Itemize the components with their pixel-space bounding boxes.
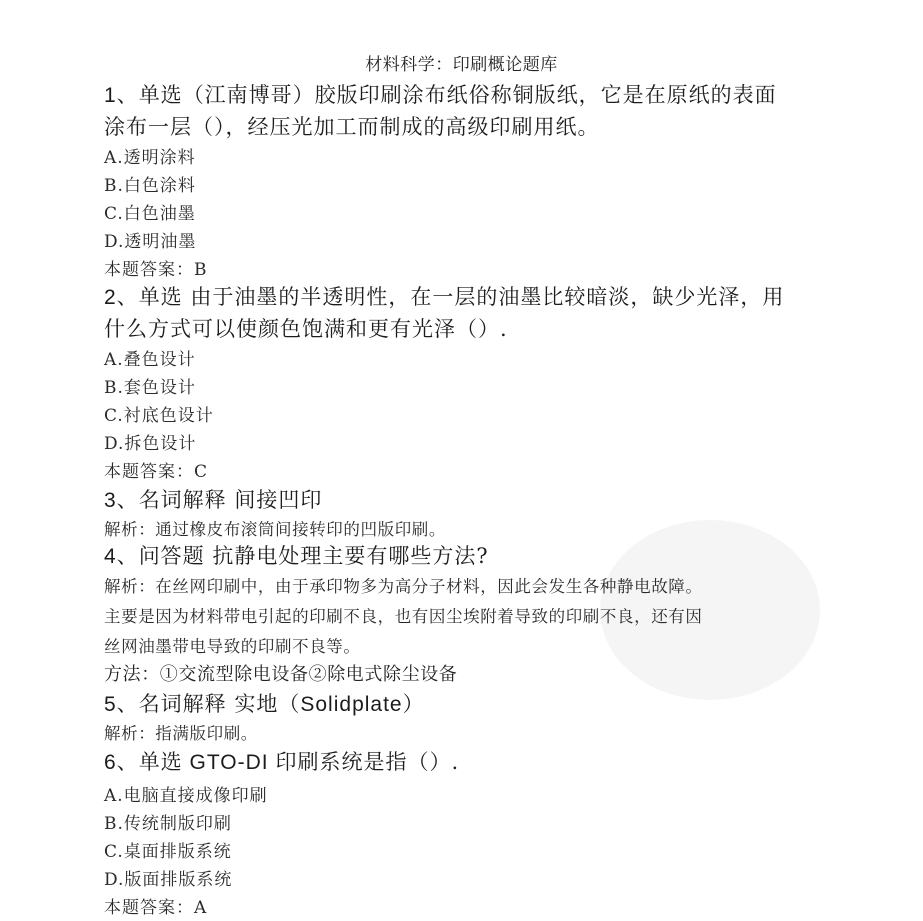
question-type: 问答题 <box>139 544 205 568</box>
question-1-option-b: B.白色涂料 <box>104 171 196 196</box>
document-title: 材料科学：印刷概论题库 <box>0 50 923 75</box>
question-type: 名词解释 <box>139 488 227 512</box>
document-page: 材料科学：印刷概论题库 1、单选（江南博哥）胶版印刷涂布纸俗称铜版纸，它是在原纸… <box>0 0 923 921</box>
answer-value: C <box>194 462 208 482</box>
answer-value: A <box>194 898 207 918</box>
question-1-option-c: C.白色油墨 <box>104 199 196 224</box>
question-5-analysis: 解析：指满版印刷。 <box>104 720 258 744</box>
question-type: 单选 <box>139 83 183 107</box>
question-number: 6、 <box>104 751 139 774</box>
question-1-answer: 本题答案：B <box>104 255 208 280</box>
question-2-option-a: A.叠色设计 <box>104 345 196 370</box>
question-4-analysis-line3: 丝网油墨带电导致的印刷不良等。 <box>104 633 361 657</box>
question-4-method: 方法：①交流型除电设备②除电式除尘设备 <box>104 660 457 686</box>
question-2-option-c: C.衬底色设计 <box>104 401 214 426</box>
question-2-stem-line1: 2、单选 由于油墨的半透明性，在一层的油墨比较暗淡，缺少光泽，用 <box>104 281 784 311</box>
question-2-answer: 本题答案：C <box>104 457 208 482</box>
question-type: 名词解释 <box>139 692 227 716</box>
question-term-latin: Solidplate <box>300 693 402 716</box>
question-text: 抗静电处理主要有哪些方法? <box>205 544 489 568</box>
answer-value: B <box>194 260 208 280</box>
question-type: 单选 <box>139 750 183 774</box>
question-6-option-d: D.版面排版系统 <box>104 865 232 890</box>
question-number: 2、 <box>104 286 139 309</box>
question-3-stem: 3、名词解释 间接凹印 <box>104 484 322 514</box>
question-number: 5、 <box>104 693 139 716</box>
question-4-analysis-line1: 解析：在丝网印刷中，由于承印物多为高分子材料，因此会发生各种静电故障。 <box>104 573 703 597</box>
question-number: 3、 <box>104 489 139 512</box>
answer-label: 本题答案： <box>104 898 194 918</box>
question-3-analysis: 解析：通过橡皮布滚筒间接转印的凹版印刷。 <box>104 516 446 540</box>
question-1-option-a: A.透明涂料 <box>104 143 196 168</box>
question-2-option-d: D.拆色设计 <box>104 429 196 454</box>
question-text: （江南博哥）胶版印刷涂布纸俗称铜版纸，它是在原纸的表面 <box>183 83 777 107</box>
question-type: 单选 <box>139 285 183 309</box>
question-text: 由于油墨的半透明性，在一层的油墨比较暗淡，缺少光泽，用 <box>183 285 785 309</box>
question-1-option-d: D.透明油墨 <box>104 227 196 252</box>
question-4-stem: 4、问答题 抗静电处理主要有哪些方法? <box>104 540 489 570</box>
question-5-stem: 5、名词解释 实地（Solidplate） <box>104 688 425 718</box>
question-term-latin: GTO-DI <box>183 751 276 774</box>
question-6-answer: 本题答案：A <box>104 893 207 918</box>
question-number: 1、 <box>104 84 139 107</box>
question-text: 实地（ <box>227 692 301 716</box>
question-1-stem-line2: 涂布一层（），经压光加工而制成的高级印刷用纸。 <box>104 111 600 141</box>
answer-label: 本题答案： <box>104 462 194 482</box>
question-2-option-b: B.套色设计 <box>104 373 196 398</box>
question-4-analysis-line2: 主要是因为材料带电引起的印刷不良，也有因尘埃附着导致的印刷不良，还有因 <box>104 603 703 627</box>
question-6-option-b: B.传统制版印刷 <box>104 809 232 834</box>
question-text: 印刷系统是指（）. <box>275 750 459 774</box>
question-text: 间接凹印 <box>227 488 323 512</box>
answer-label: 本题答案： <box>104 260 194 280</box>
question-6-option-a: A.电脑直接成像印刷 <box>104 781 268 806</box>
question-2-stem-line2: 什么方式可以使颜色饱满和更有光泽（）. <box>104 313 508 343</box>
question-text-end: ） <box>403 692 425 716</box>
question-1-stem-line1: 1、单选（江南博哥）胶版印刷涂布纸俗称铜版纸，它是在原纸的表面 <box>104 79 777 109</box>
question-6-stem: 6、单选 GTO-DI 印刷系统是指（）. <box>104 746 459 776</box>
question-6-option-c: C.桌面排版系统 <box>104 837 232 862</box>
question-number: 4、 <box>104 545 139 568</box>
